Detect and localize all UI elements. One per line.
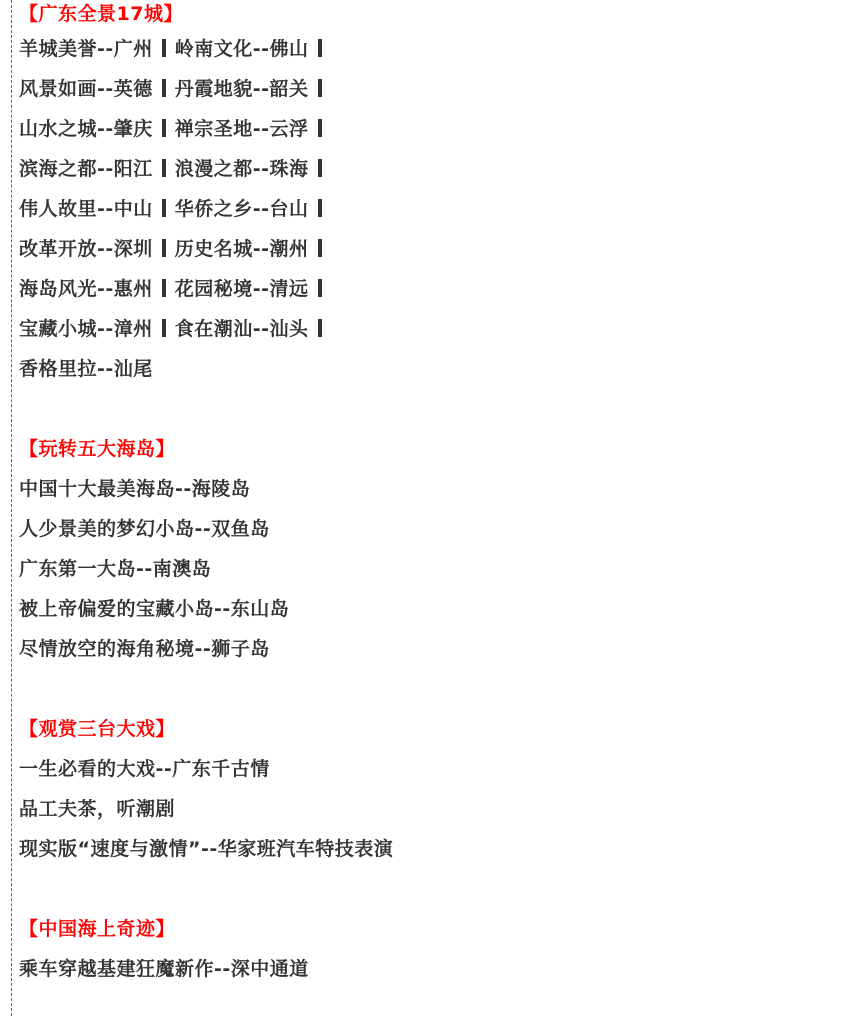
separator-bar-icon xyxy=(318,79,322,97)
section-heading: 【观赏三台大戏】 xyxy=(19,715,841,755)
island-item: 人少景美的梦幻小岛--双鱼岛 xyxy=(19,515,841,555)
city-item: 羊城美誉--广州 xyxy=(19,38,153,60)
city-item: 伟人故里--中山 xyxy=(19,198,153,220)
city-item: 华侨之乡--台山 xyxy=(175,198,309,220)
section-heading: 【中国海上奇迹】 xyxy=(19,915,841,955)
city-row: 风景如画--英德丹霞地貌--韶关 xyxy=(19,75,841,115)
island-item: 中国十大最美海岛--海陵岛 xyxy=(19,475,841,515)
city-row: 山水之城--肇庆禅宗圣地--云浮 xyxy=(19,115,841,155)
city-item: 禅宗圣地--云浮 xyxy=(175,118,309,140)
separator-bar-icon xyxy=(318,239,322,257)
separator-bar-icon xyxy=(318,319,322,337)
city-row: 海岛风光--惠州花园秘境--清远 xyxy=(19,275,841,315)
separator-bar-icon xyxy=(162,39,166,57)
separator-bar-icon xyxy=(318,159,322,177)
show-item: 一生必看的大戏--广东千古情 xyxy=(19,755,841,795)
city-row: 香格里拉--汕尾 xyxy=(19,355,841,395)
blank-line xyxy=(19,395,841,435)
city-item: 滨海之都--阳江 xyxy=(19,158,153,180)
city-item: 海岛风光--惠州 xyxy=(19,278,153,300)
city-row: 宝藏小城--漳州食在潮汕--汕头 xyxy=(19,315,841,355)
separator-bar-icon xyxy=(318,119,322,137)
section-heading: 【广东全景17城】 xyxy=(19,0,841,35)
island-item: 广东第一大岛--南澳岛 xyxy=(19,555,841,595)
show-item: 品工夫茶，听潮剧 xyxy=(19,795,841,835)
separator-bar-icon xyxy=(162,159,166,177)
city-item: 浪漫之都--珠海 xyxy=(175,158,309,180)
city-row: 羊城美誉--广州岭南文化--佛山 xyxy=(19,35,841,75)
city-item: 香格里拉--汕尾 xyxy=(19,358,153,380)
city-item: 宝藏小城--漳州 xyxy=(19,318,153,340)
separator-bar-icon xyxy=(162,239,166,257)
section-heading: 【玩转五大海岛】 xyxy=(19,435,841,475)
separator-bar-icon xyxy=(162,319,166,337)
separator-bar-icon xyxy=(162,119,166,137)
city-row: 伟人故里--中山华侨之乡--台山 xyxy=(19,195,841,235)
island-item: 尽情放空的海角秘境--狮子岛 xyxy=(19,635,841,675)
miracle-item: 乘车穿越基建狂魔新作--深中通道 xyxy=(19,955,841,995)
city-item: 花园秘境--清远 xyxy=(175,278,309,300)
show-item: 现实版“速度与激情”--华家班汽车特技表演 xyxy=(19,835,841,875)
city-item: 历史名城--潮州 xyxy=(175,238,309,260)
city-row: 改革开放--深圳历史名城--潮州 xyxy=(19,235,841,275)
island-item: 被上帝偏爱的宝藏小岛--东山岛 xyxy=(19,595,841,635)
city-item: 岭南文化--佛山 xyxy=(175,38,309,60)
section-17-cities: 【广东全景17城】 羊城美誉--广州岭南文化--佛山 风景如画--英德丹霞地貌-… xyxy=(19,0,841,395)
city-item: 改革开放--深圳 xyxy=(19,238,153,260)
separator-bar-icon xyxy=(318,279,322,297)
city-item: 食在潮汕--汕头 xyxy=(175,318,309,340)
separator-bar-icon xyxy=(318,39,322,57)
article-content: 【广东全景17城】 羊城美誉--广州岭南文化--佛山 风景如画--英德丹霞地貌-… xyxy=(11,0,841,1016)
city-item: 丹霞地貌--韶关 xyxy=(175,78,309,100)
city-row: 滨海之都--阳江浪漫之都--珠海 xyxy=(19,155,841,195)
city-item: 风景如画--英德 xyxy=(19,78,153,100)
blank-line xyxy=(19,875,841,915)
section-three-shows: 【观赏三台大戏】 一生必看的大戏--广东千古情 品工夫茶，听潮剧 现实版“速度与… xyxy=(19,715,841,875)
section-sea-miracle: 【中国海上奇迹】 乘车穿越基建狂魔新作--深中通道 xyxy=(19,915,841,995)
separator-bar-icon xyxy=(162,279,166,297)
section-five-islands: 【玩转五大海岛】 中国十大最美海岛--海陵岛 人少景美的梦幻小岛--双鱼岛 广东… xyxy=(19,435,841,675)
separator-bar-icon xyxy=(162,199,166,217)
city-item: 山水之城--肇庆 xyxy=(19,118,153,140)
separator-bar-icon xyxy=(318,199,322,217)
separator-bar-icon xyxy=(162,79,166,97)
blank-line xyxy=(19,675,841,715)
